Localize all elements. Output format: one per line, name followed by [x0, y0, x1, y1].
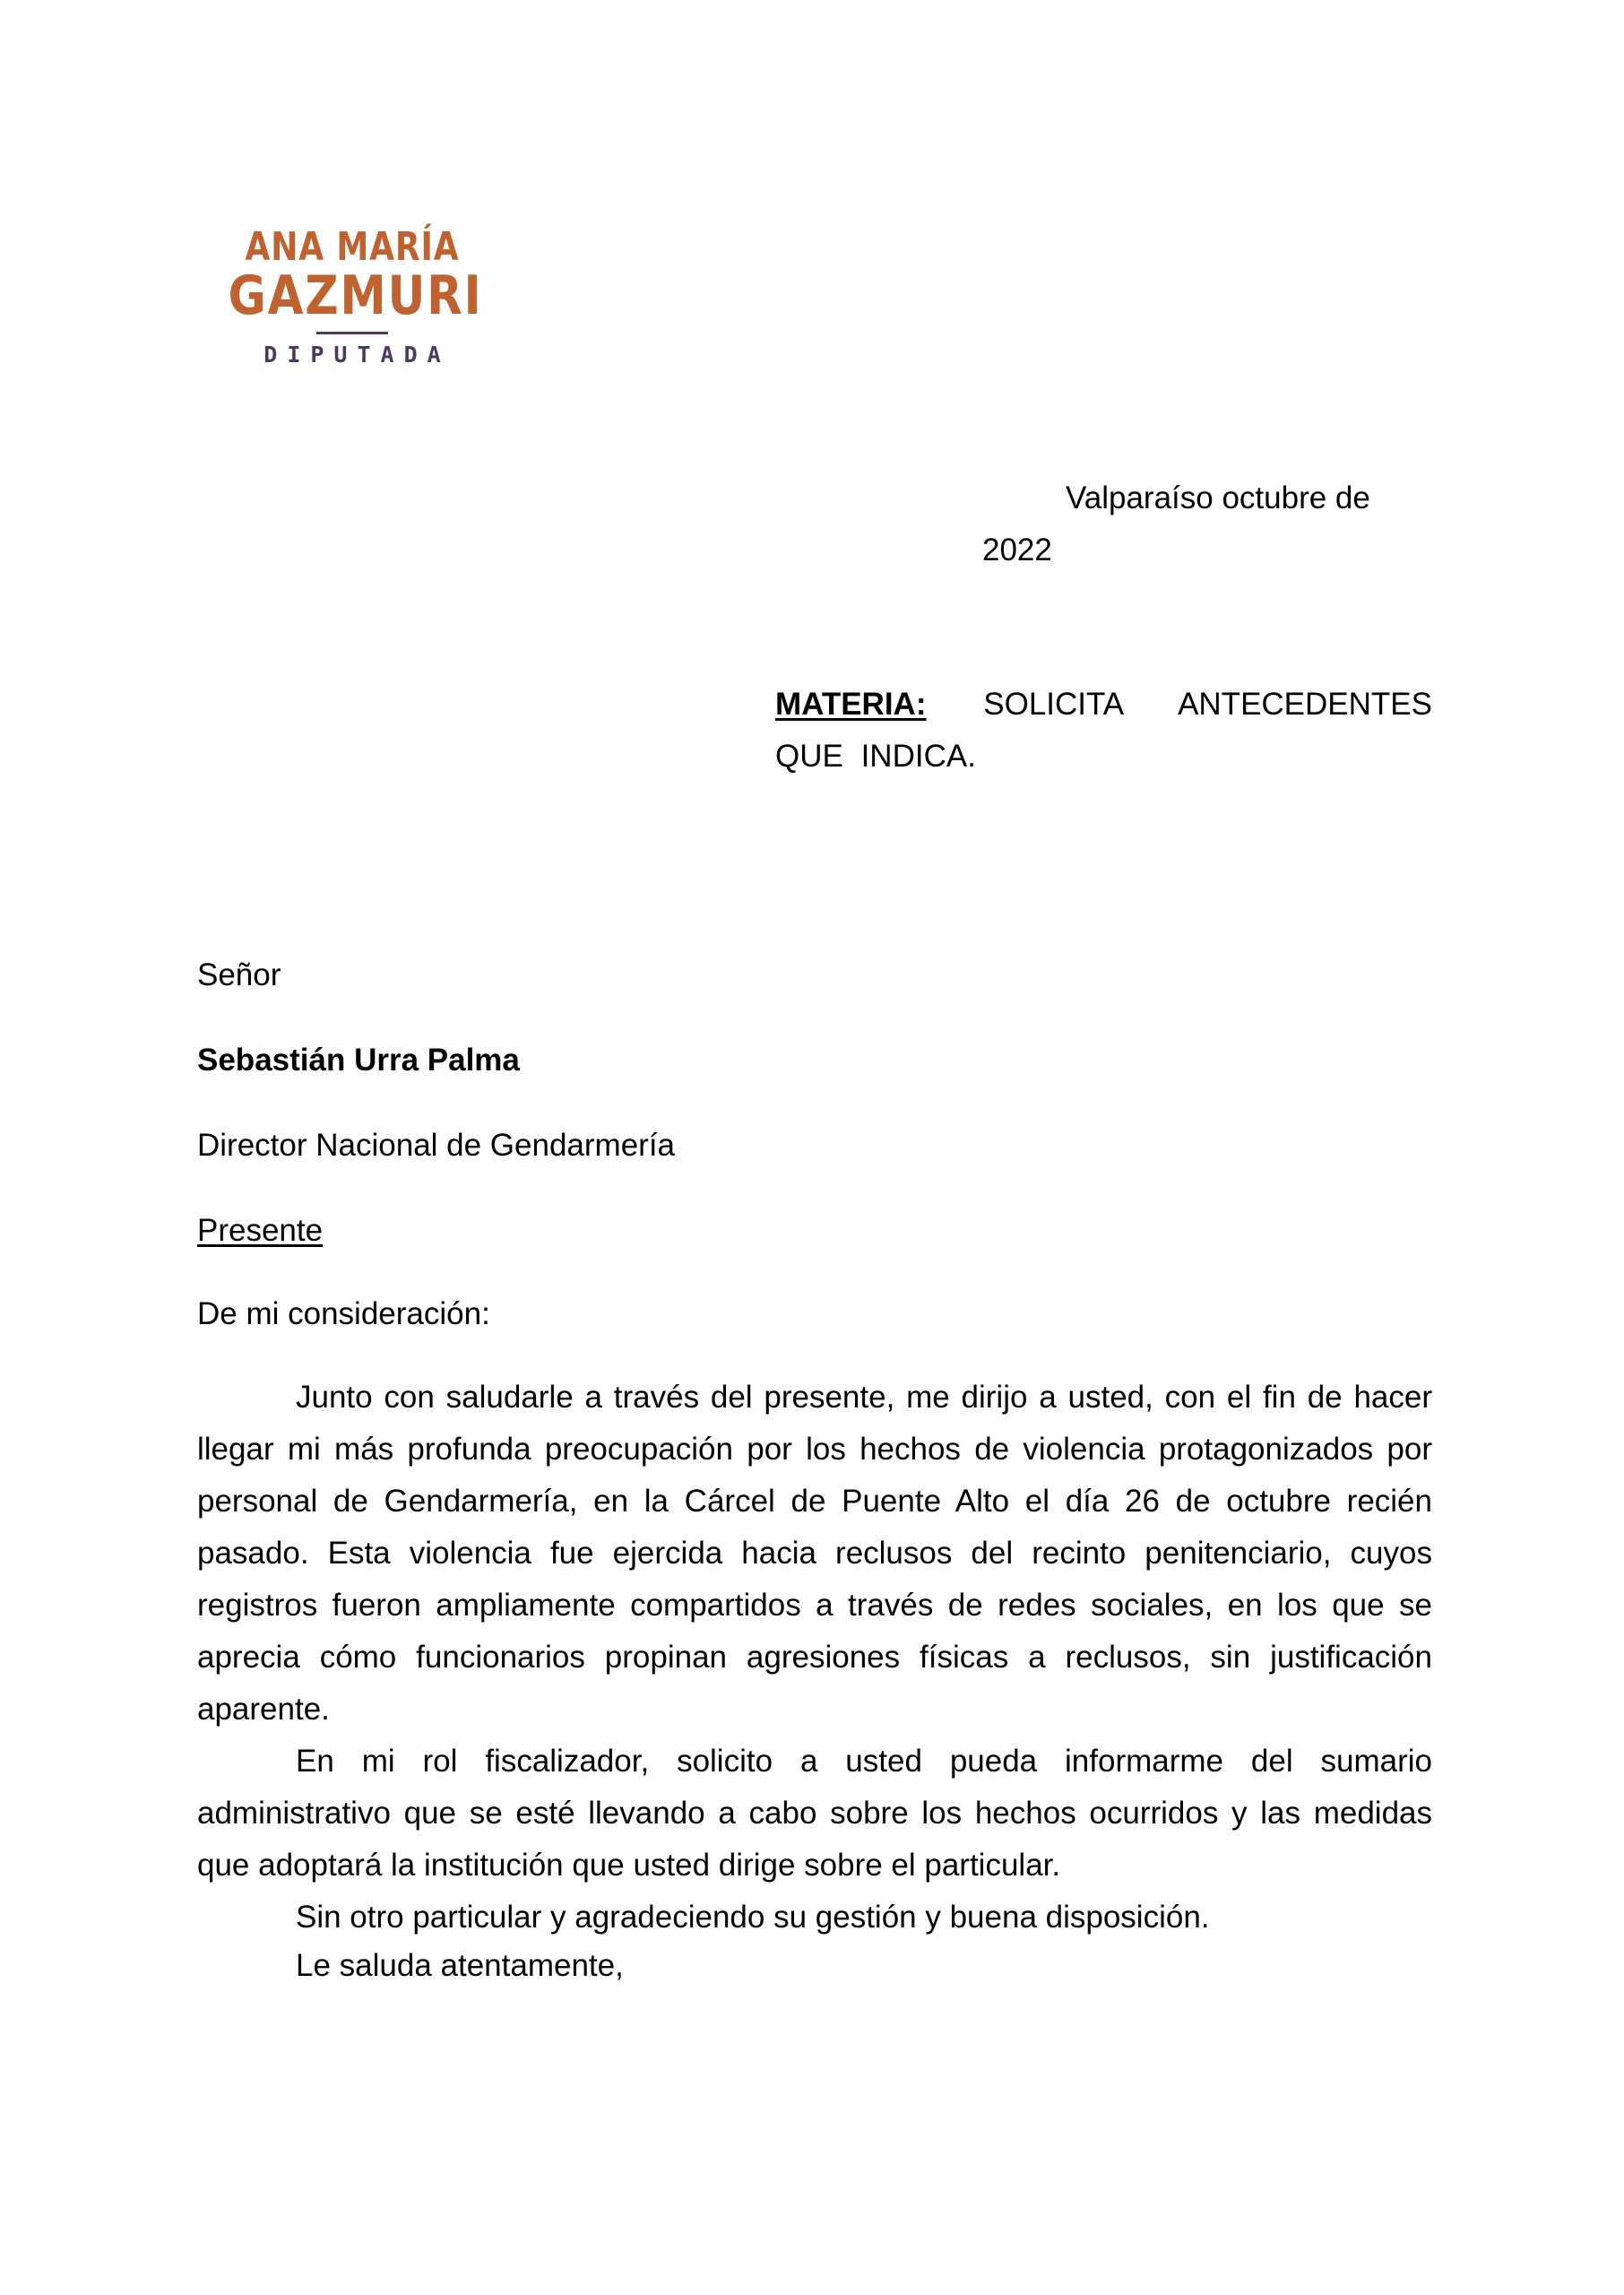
body-paragraph: En mi rol fiscalizador, solicito a usted…: [197, 1736, 1432, 1892]
recipient-name: Sebastián Urra Palma: [197, 1035, 520, 1087]
date-line-2: 2022: [982, 524, 1052, 576]
logo-first-names: ANA MARÍA: [234, 226, 471, 269]
greeting: De mi consideración:: [197, 1288, 490, 1340]
recipient-title: Director Nacional de Gendarmería: [197, 1120, 675, 1172]
subject-block: MATERIA: SOLICITA ANTECEDENTES QUE INDIC…: [775, 679, 1432, 783]
presente: Presente: [197, 1205, 323, 1257]
logo-role: DIPUTADA: [208, 342, 497, 368]
logo-surname: GAZMURI: [229, 271, 477, 321]
body-paragraph: Junto con saludarle a través del present…: [197, 1372, 1432, 1736]
salutation: Señor: [197, 949, 281, 1001]
date-line-1: Valparaíso octubre de: [1066, 472, 1370, 524]
logo-divider: [316, 332, 388, 334]
logo: ANA MARÍA GAZMURI DIPUTADA: [208, 226, 497, 368]
subject-label: MATERIA:: [775, 687, 927, 722]
closing: Le saluda atentamente,: [296, 1940, 624, 1992]
letter-body: Junto con saludarle a través del present…: [197, 1372, 1432, 1944]
body-paragraph: Sin otro particular y agradeciendo su ge…: [197, 1892, 1432, 1944]
